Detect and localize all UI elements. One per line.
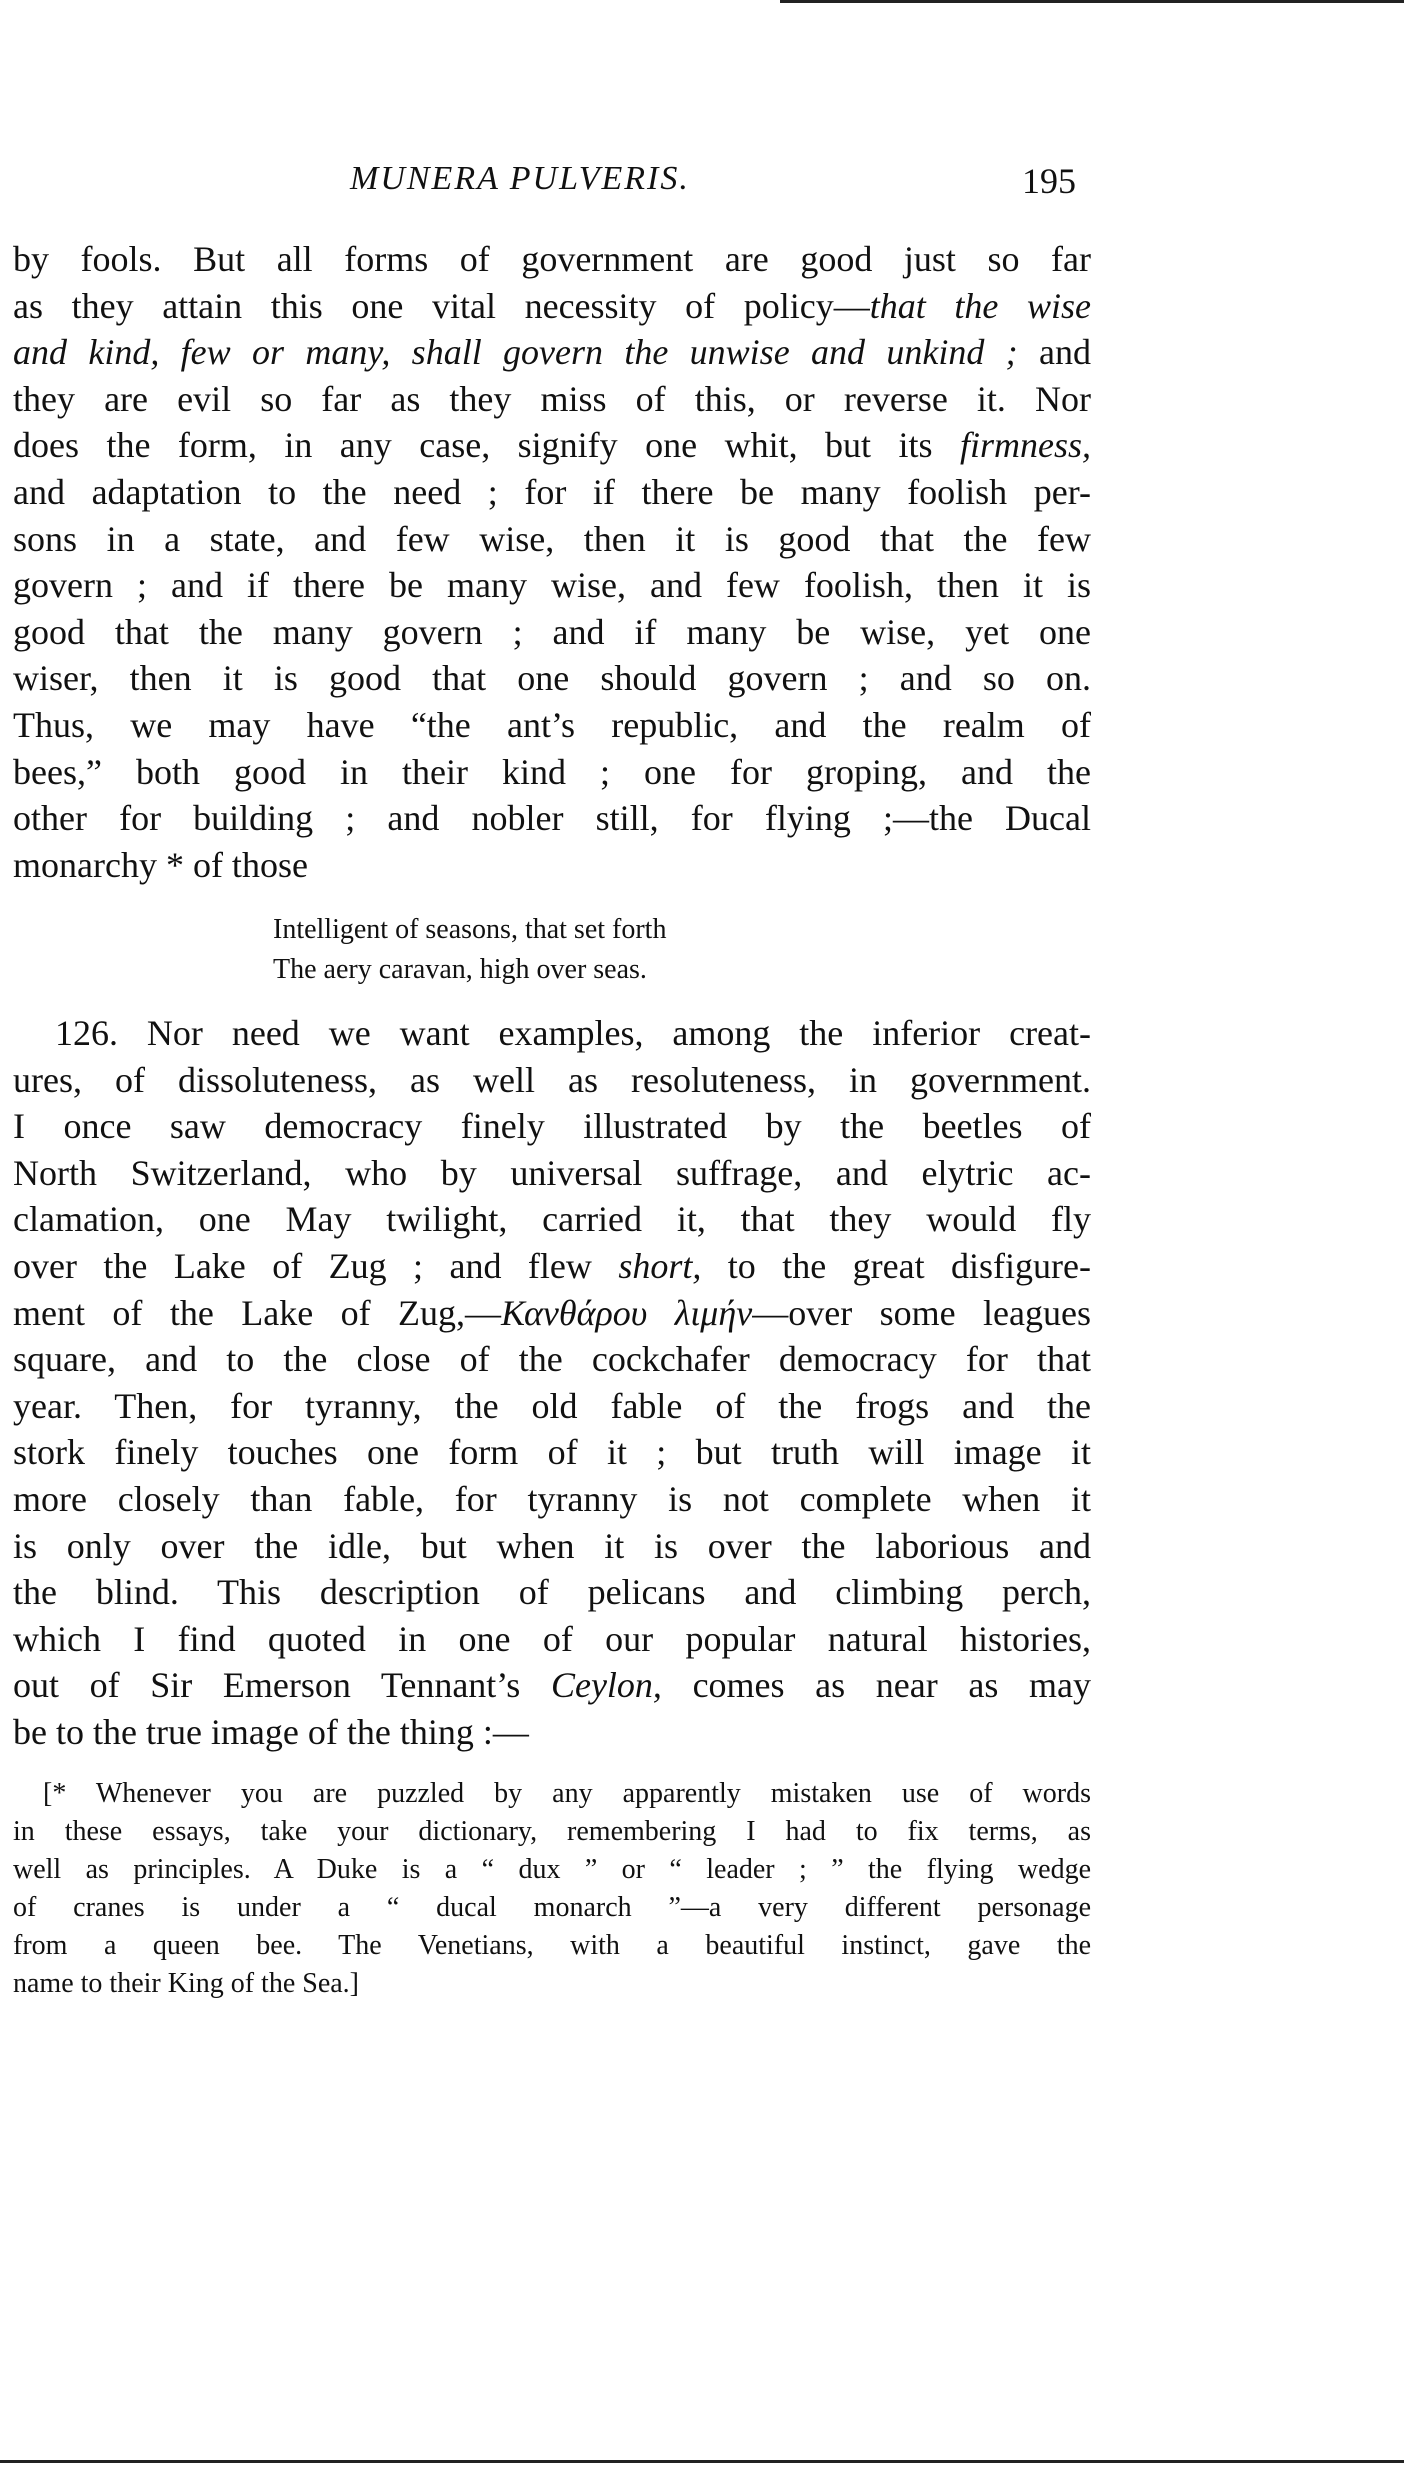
text-line: govern ; and if there be many wise, and … xyxy=(13,562,1091,609)
paragraph-126: 126. Nor need we want examples, among th… xyxy=(13,1010,1091,1756)
text-line: monarchy * of those xyxy=(13,842,1091,889)
text-line: I once saw democracy finely illustrated … xyxy=(13,1103,1091,1150)
greek-phrase: Κανθάρου λιμήν xyxy=(501,1293,752,1333)
text-line: more closely than fable, for tyranny is … xyxy=(13,1476,1091,1523)
text-line: and kind, few or many, shall govern the … xyxy=(13,329,1091,376)
text-line: as they attain this one vital necessity … xyxy=(13,283,1091,330)
italic-span: Ceylon, xyxy=(551,1665,662,1705)
text-line: bees,” both good in their kind ; one for… xyxy=(13,749,1091,796)
text-line: Thus, we may have “the ant’s republic, a… xyxy=(13,702,1091,749)
text-line: clamation, one May twilight, carried it,… xyxy=(13,1196,1091,1243)
verse-line: Intelligent of seasons, that set forth xyxy=(273,910,666,950)
text-span: ment of the Lake of Zug,— xyxy=(13,1293,501,1333)
text-line: other for building ; and nobler still, f… xyxy=(13,795,1091,842)
footnote: [* Whenever you are puzzled by any appar… xyxy=(13,1775,1091,2003)
page-number: 195 xyxy=(1022,160,1076,202)
footnote-line: well as principles. A Duke is a “ dux ” … xyxy=(13,1851,1091,1889)
text-line: which I find quoted in one of our popula… xyxy=(13,1616,1091,1663)
running-title: MUNERA PULVERIS. xyxy=(350,160,690,198)
text-line: is only over the idle, but when it is ov… xyxy=(13,1523,1091,1570)
footnote-line: of cranes is under a “ ducal monarch ”—a… xyxy=(13,1889,1091,1927)
paragraph-1: by fools. But all forms of government ar… xyxy=(13,236,1091,888)
text-line: stork finely touches one form of it ; bu… xyxy=(13,1429,1091,1476)
text-span: —over some leagues xyxy=(752,1293,1091,1333)
footnote-line: name to their King of the Sea.] xyxy=(13,1965,1091,2003)
italic-span: and kind, few or many, shall govern the … xyxy=(13,332,1018,372)
text-line: over the Lake of Zug ; and flew short, t… xyxy=(13,1243,1091,1290)
italic-span: short, xyxy=(618,1246,701,1286)
footnote-line: in these essays, take your dictionary, r… xyxy=(13,1813,1091,1851)
text-line: they are evil so far as they miss of thi… xyxy=(13,376,1091,423)
text-line: and adaptation to the need ; for if ther… xyxy=(13,469,1091,516)
text-line: square, and to the close of the cockchaf… xyxy=(13,1336,1091,1383)
text-span: as they attain this one vital necessity … xyxy=(13,286,870,326)
text-span: over the Lake of Zug ; and flew xyxy=(13,1246,618,1286)
text-line: sons in a state, and few wise, then it i… xyxy=(13,516,1091,563)
text-line: by fools. But all forms of government ar… xyxy=(13,236,1091,283)
text-line: the blind. This description of pelicans … xyxy=(13,1569,1091,1616)
text-span: comes as near as may xyxy=(662,1665,1091,1705)
text-line: out of Sir Emerson Tennant’s Ceylon, com… xyxy=(13,1662,1091,1709)
page-header: MUNERA PULVERIS. 195 xyxy=(0,160,1100,210)
footnote-line: [* Whenever you are puzzled by any appar… xyxy=(13,1775,1091,1813)
verse-line: The aery caravan, high over seas. xyxy=(273,950,666,990)
text-line: be to the true image of the thing :— xyxy=(13,1709,1091,1756)
italic-span: firmness, xyxy=(960,425,1091,465)
text-line: good that the many govern ; and if many … xyxy=(13,609,1091,656)
text-span: out of Sir Emerson Tennant’s xyxy=(13,1665,551,1705)
top-edge-rule xyxy=(780,0,1404,3)
text-span: to the great disfigure- xyxy=(701,1246,1091,1286)
text-line: 126. Nor need we want examples, among th… xyxy=(13,1010,1091,1057)
italic-span: that the wise xyxy=(870,286,1091,326)
bottom-edge-rule xyxy=(0,2460,1404,2477)
text-span: and xyxy=(1018,332,1091,372)
text-line: ures, of dissoluteness, as well as resol… xyxy=(13,1057,1091,1104)
text-span: does the form, in any case, signify one … xyxy=(13,425,960,465)
text-line: does the form, in any case, signify one … xyxy=(13,422,1091,469)
verse-quotation: Intelligent of seasons, that set forth T… xyxy=(273,910,666,990)
text-line: year. Then, for tyranny, the old fable o… xyxy=(13,1383,1091,1430)
footnote-line: from a queen bee. The Venetians, with a … xyxy=(13,1927,1091,1965)
text-line: North Switzerland, who by universal suff… xyxy=(13,1150,1091,1197)
text-line: wiser, then it is good that one should g… xyxy=(13,655,1091,702)
text-line: ment of the Lake of Zug,—Κανθάρου λιμήν—… xyxy=(13,1290,1091,1337)
